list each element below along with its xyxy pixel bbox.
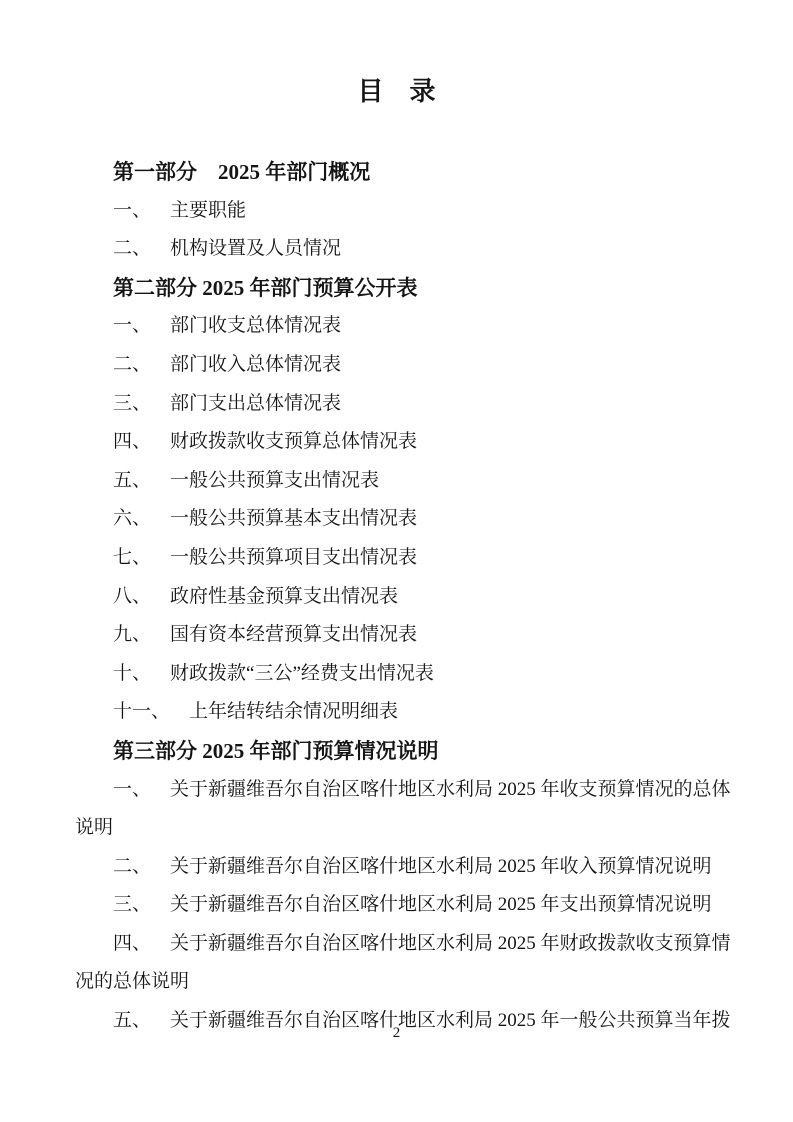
toc-item-continuation: 说明 — [75, 809, 757, 848]
page-number: 2 — [0, 1022, 793, 1044]
document-page: 目 录 第一部分 2025 年部门概况 一、主要职能 二、机构设置及人员情况 第… — [0, 0, 793, 1122]
document-title: 目 录 — [0, 76, 793, 107]
toc-item-number: 一、 — [113, 307, 151, 346]
toc-item-text: 财政拨款“三公”经费支出情况表 — [170, 663, 434, 684]
toc-item-number: 六、 — [113, 500, 151, 539]
section-heading-part1: 第一部分 2025 年部门概况 — [75, 153, 757, 192]
toc-item-text: 关于新疆维吾尔自治区喀什地区水利局 2025 年财政拨款收支预算情 — [170, 933, 731, 954]
toc-item-number: 二、 — [113, 346, 151, 385]
section-heading-part3: 第三部分 2025 年部门预算情况说明 — [75, 732, 757, 771]
toc-item-text: 部门支出总体情况表 — [170, 393, 341, 414]
toc-item-number: 一、 — [113, 192, 151, 231]
toc-item: 一、关于新疆维吾尔自治区喀什地区水利局 2025 年收支预算情况的总体 — [75, 771, 757, 810]
toc-item-number: 七、 — [113, 539, 151, 578]
toc-item-number: 四、 — [113, 423, 151, 462]
toc-item: 八、政府性基金预算支出情况表 — [75, 578, 757, 617]
toc-item-text: 关于新疆维吾尔自治区喀什地区水利局 2025 年支出预算情况说明 — [170, 894, 712, 915]
toc-item-continuation: 况的总体说明 — [75, 963, 757, 1002]
toc-item: 二、部门收入总体情况表 — [75, 346, 757, 385]
toc-item-text: 部门收支总体情况表 — [170, 315, 341, 336]
toc-item-text: 部门收入总体情况表 — [170, 354, 341, 375]
toc-item-number: 十、 — [113, 655, 151, 694]
toc-item-number: 五、 — [113, 462, 151, 501]
toc-item-number: 三、 — [113, 385, 151, 424]
toc-item-number: 十一、 — [113, 693, 170, 732]
toc-item: 九、国有资本经营预算支出情况表 — [75, 616, 757, 655]
toc-item-number: 三、 — [113, 886, 151, 925]
toc-item-text: 一般公共预算项目支出情况表 — [170, 547, 417, 568]
toc-item: 七、一般公共预算项目支出情况表 — [75, 539, 757, 578]
toc-item-text: 政府性基金预算支出情况表 — [170, 586, 398, 607]
toc-item: 十一、上年结转结余情况明细表 — [75, 693, 757, 732]
toc-item-text: 国有资本经营预算支出情况表 — [170, 624, 417, 645]
toc-item: 二、关于新疆维吾尔自治区喀什地区水利局 2025 年收入预算情况说明 — [75, 848, 757, 887]
toc-item-number: 二、 — [113, 848, 151, 887]
toc-item: 三、关于新疆维吾尔自治区喀什地区水利局 2025 年支出预算情况说明 — [75, 886, 757, 925]
toc-item-text: 财政拨款收支预算总体情况表 — [170, 431, 417, 452]
toc-item-text: 一般公共预算支出情况表 — [170, 470, 379, 491]
toc-item: 一、部门收支总体情况表 — [75, 307, 757, 346]
toc-item-text: 上年结转结余情况明细表 — [189, 701, 398, 722]
toc-item: 五、一般公共预算支出情况表 — [75, 462, 757, 501]
toc-item-text: 关于新疆维吾尔自治区喀什地区水利局 2025 年收入预算情况说明 — [170, 856, 712, 877]
section-heading-part2: 第二部分 2025 年部门预算公开表 — [75, 269, 757, 308]
toc-item: 二、机构设置及人员情况 — [75, 230, 757, 269]
toc-item: 三、部门支出总体情况表 — [75, 385, 757, 424]
toc-item: 十、财政拨款“三公”经费支出情况表 — [75, 655, 757, 694]
toc-item-text: 关于新疆维吾尔自治区喀什地区水利局 2025 年收支预算情况的总体 — [170, 779, 731, 800]
toc-item-text: 机构设置及人员情况 — [170, 238, 341, 259]
toc-item: 四、关于新疆维吾尔自治区喀什地区水利局 2025 年财政拨款收支预算情 — [75, 925, 757, 964]
toc-item-number: 八、 — [113, 578, 151, 617]
toc-item-number: 四、 — [113, 925, 151, 964]
toc-item-number: 一、 — [113, 771, 151, 810]
table-of-contents: 第一部分 2025 年部门概况 一、主要职能 二、机构设置及人员情况 第二部分 … — [75, 153, 757, 1041]
toc-item-text: 一般公共预算基本支出情况表 — [170, 508, 417, 529]
toc-item: 四、财政拨款收支预算总体情况表 — [75, 423, 757, 462]
toc-item-text: 主要职能 — [170, 200, 246, 221]
toc-item: 六、一般公共预算基本支出情况表 — [75, 500, 757, 539]
toc-item: 一、主要职能 — [75, 192, 757, 231]
toc-item-number: 九、 — [113, 616, 151, 655]
toc-item-number: 二、 — [113, 230, 151, 269]
